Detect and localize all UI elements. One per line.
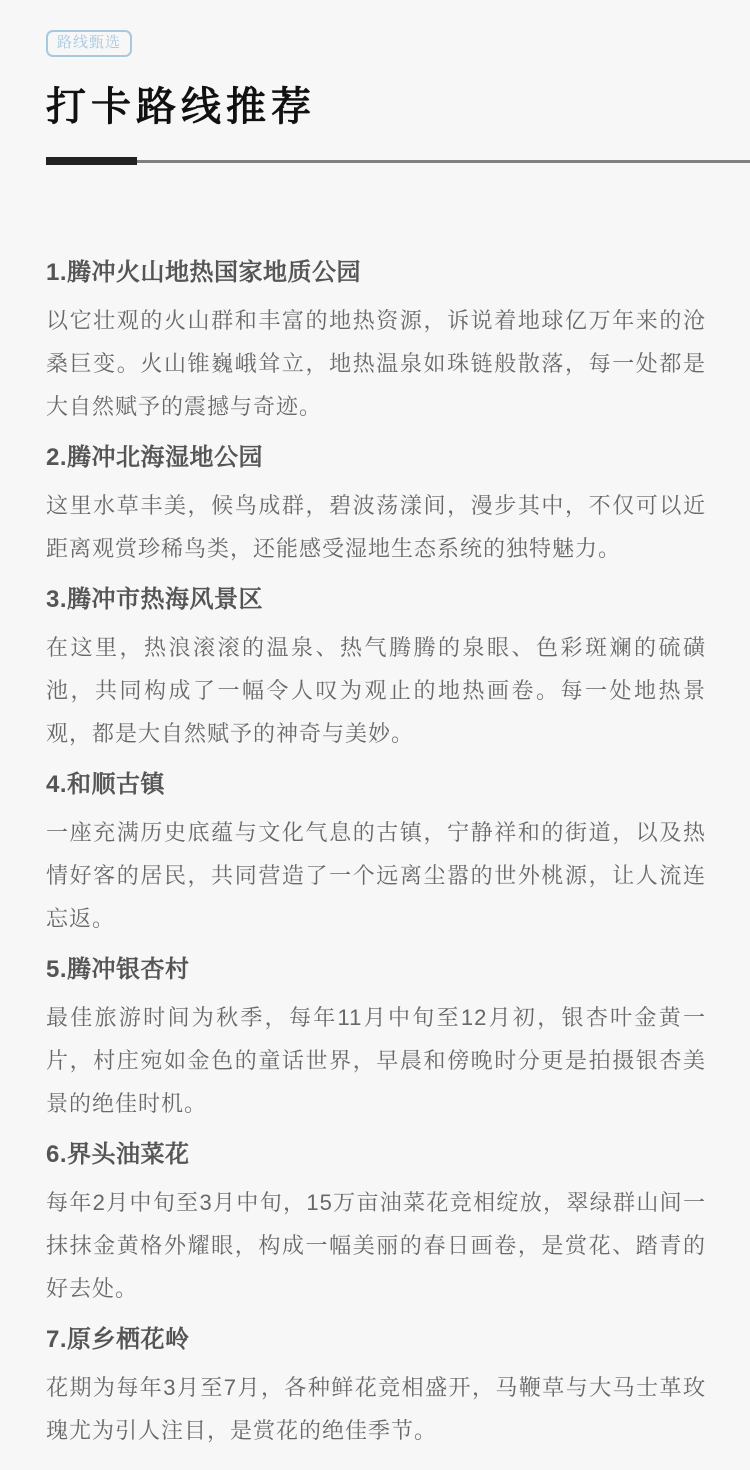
route-heading: 2.腾冲北海湿地公园 xyxy=(46,442,706,474)
divider-accent-bar xyxy=(46,157,137,165)
route-heading: 3.腾冲市热海风景区 xyxy=(46,584,706,616)
route-description: 以它壮观的火山群和丰富的地热资源，诉说着地球亿万年来的沧桑巨变。火山锥巍峨耸立，… xyxy=(46,299,706,428)
route-heading: 1.腾冲火山地热国家地质公园 xyxy=(46,257,706,289)
route-section-5: 5.腾冲银杏村 最佳旅游时间为秋季，每年11月中旬至12月初，银杏叶金黄一片，村… xyxy=(46,954,706,1125)
route-heading: 4.和顺古镇 xyxy=(46,769,706,801)
route-section-4: 4.和顺古镇 一座充满历史底蕴与文化气息的古镇，宁静祥和的街道，以及热情好客的居… xyxy=(46,769,706,940)
route-selection-badge: 路线甄选 xyxy=(46,30,132,57)
route-section-2: 2.腾冲北海湿地公园 这里水草丰美，候鸟成群，碧波荡漾间，漫步其中，不仅可以近距… xyxy=(46,442,706,570)
route-heading: 7.原乡栖花岭 xyxy=(46,1324,706,1356)
route-section-7: 7.原乡栖花岭 花期为每年3月至7月，各种鲜花竞相盛开，马鞭草与大马士革玫瑰尤为… xyxy=(46,1324,706,1452)
route-description: 这里水草丰美，候鸟成群，碧波荡漾间，漫步其中，不仅可以近距离观赏珍稀鸟类，还能感… xyxy=(46,484,706,570)
route-description: 在这里，热浪滚滚的温泉、热气腾腾的泉眼、色彩斑斓的硫磺池，共同构成了一幅令人叹为… xyxy=(46,626,706,755)
route-section-6: 6.界头油菜花 每年2月中旬至3月中旬，15万亩油菜花竞相绽放，翠绿群山间一抹抹… xyxy=(46,1139,706,1310)
route-description: 一座充满历史底蕴与文化气息的古镇，宁静祥和的街道，以及热情好客的居民，共同营造了… xyxy=(46,811,706,940)
route-heading: 6.界头油菜花 xyxy=(46,1139,706,1171)
article-page: 路线甄选 打卡路线推荐 1.腾冲火山地热国家地质公园 以它壮观的火山群和丰富的地… xyxy=(0,0,750,1470)
route-section-1: 1.腾冲火山地热国家地质公园 以它壮观的火山群和丰富的地热资源，诉说着地球亿万年… xyxy=(46,257,706,428)
route-description: 最佳旅游时间为秋季，每年11月中旬至12月初，银杏叶金黄一片，村庄宛如金色的童话… xyxy=(46,996,706,1125)
divider-rule xyxy=(137,160,750,163)
route-description: 每年2月中旬至3月中旬，15万亩油菜花竞相绽放，翠绿群山间一抹抹金黄格外耀眼，构… xyxy=(46,1181,706,1310)
route-section-3: 3.腾冲市热海风景区 在这里，热浪滚滚的温泉、热气腾腾的泉眼、色彩斑斓的硫磺池，… xyxy=(46,584,706,755)
route-heading: 5.腾冲银杏村 xyxy=(46,954,706,986)
route-list: 1.腾冲火山地热国家地质公园 以它壮观的火山群和丰富的地热资源，诉说着地球亿万年… xyxy=(46,257,706,1452)
page-title: 打卡路线推荐 xyxy=(46,83,706,131)
title-divider xyxy=(46,157,750,165)
route-description: 花期为每年3月至7月，各种鲜花竞相盛开，马鞭草与大马士革玫瑰尤为引人注目，是赏花… xyxy=(46,1366,706,1452)
